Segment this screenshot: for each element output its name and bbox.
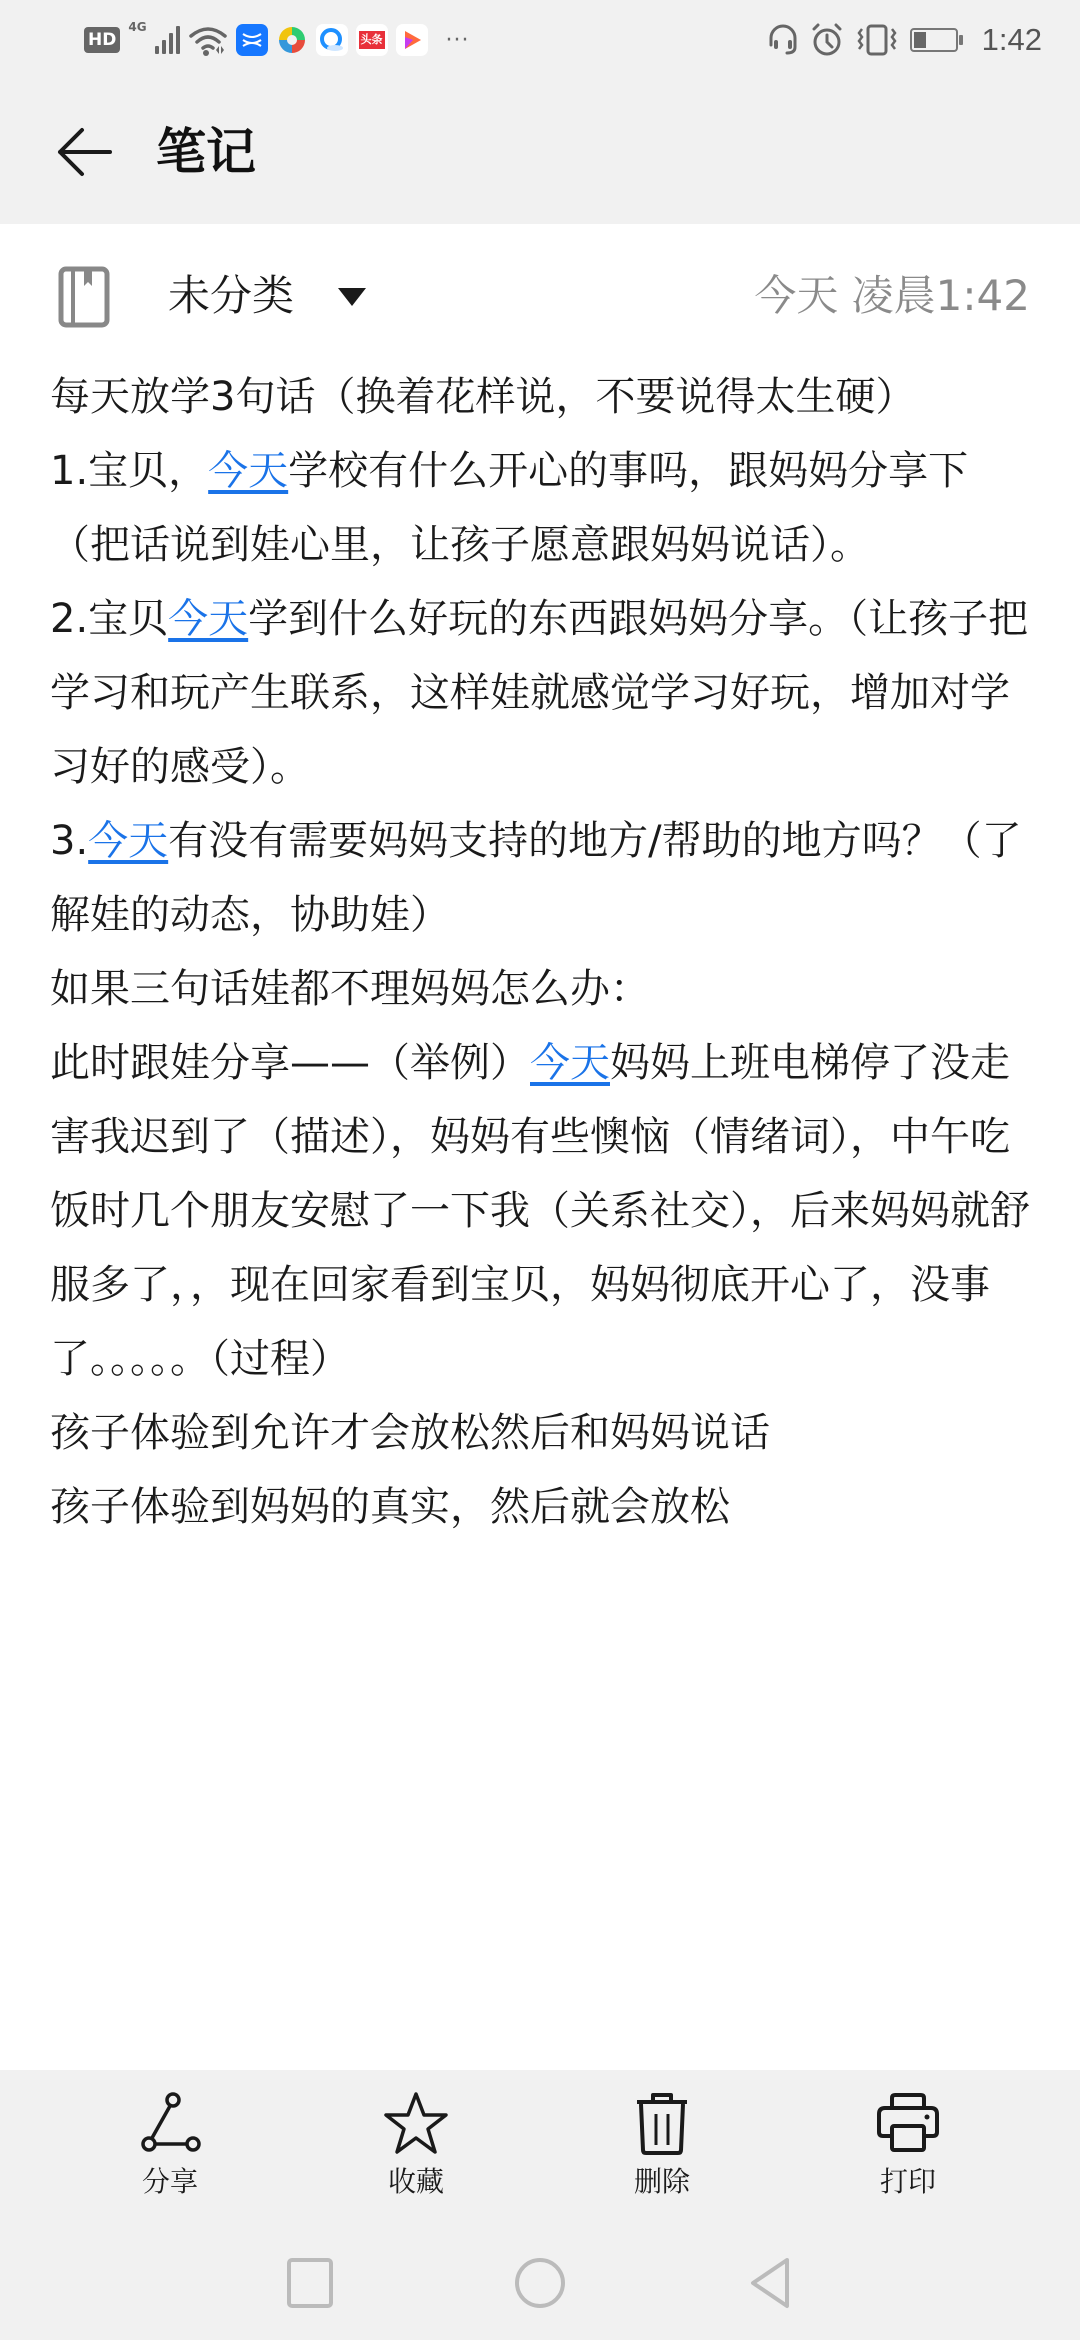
headset-icon: [768, 23, 798, 57]
hd-icon: HD: [84, 27, 120, 53]
note-text: 每天放学3句话（换着花样说，不要说得太生硬）: [50, 374, 915, 420]
note-paragraph: 2.宝贝今天学到什么好玩的东西跟妈妈分享。（让孩子把学习和玩产生联系，这样娃就感…: [50, 582, 1040, 804]
status-bar-left: HD 4G 头条: [84, 22, 470, 58]
note-text: 2.宝贝: [50, 596, 168, 642]
wifi-icon: [188, 24, 228, 56]
note-paragraph: 孩子体验到妈妈的真实，然后就会放松: [50, 1470, 1040, 1544]
note-meta: 未分类 今天 凌晨1:42: [0, 224, 1080, 344]
note-text: 孩子体验到允许才会放松然后和妈妈说话: [50, 1410, 770, 1456]
print-label: 打印: [880, 2164, 936, 2200]
printer-icon: [875, 2090, 941, 2156]
arrow-left-icon[interactable]: [52, 120, 116, 184]
more-notifications-icon: ···: [446, 28, 470, 53]
vibrate-icon: [856, 23, 898, 57]
note-text: 此时跟娃分享——（举例）: [50, 1040, 530, 1086]
date-link[interactable]: 今天: [530, 1040, 610, 1086]
app-notification-blue-icon: [236, 24, 268, 56]
note-paragraph: 孩子体验到允许才会放松然后和妈妈说话: [50, 1396, 1040, 1470]
home-circle-icon: [513, 2256, 567, 2310]
home-button[interactable]: [505, 2248, 575, 2318]
note-text: 如果三句话娃都不理妈妈怎么办：: [50, 966, 650, 1012]
4g-label: 4G: [128, 20, 146, 34]
note-text: 孩子体验到妈妈的真实，然后就会放松: [50, 1484, 730, 1530]
note-timestamp: 今天 凌晨1:42: [754, 268, 1030, 324]
date-link[interactable]: 今天: [88, 818, 168, 864]
note-paragraph: 每天放学3句话（换着花样说，不要说得太生硬）: [50, 360, 1040, 434]
favorite-button[interactable]: 收藏: [346, 2090, 486, 2220]
note-text: 1.宝贝，: [50, 448, 208, 494]
signal-icon: [155, 26, 180, 54]
recents-square-icon: [286, 2257, 334, 2309]
page-title: 笔记: [156, 120, 256, 184]
category-dropdown[interactable]: 未分类: [168, 268, 366, 324]
back-triangle-icon: [747, 2256, 793, 2310]
delete-button[interactable]: 删除: [592, 2090, 732, 2220]
category-label: 未分类: [168, 268, 294, 324]
note-paragraph: 如果三句话娃都不理妈妈怎么办：: [50, 952, 1040, 1026]
note-paragraph: 1.宝贝，今天学校有什么开心的事吗，跟妈妈分享下（把话说到娃心里，让孩子愿意跟妈…: [50, 434, 1040, 582]
app-notification-colorful-icon: [276, 24, 308, 56]
dropdown-caret-icon: [338, 288, 366, 306]
date-link[interactable]: 今天: [168, 596, 248, 642]
app-notification-toutiao-icon: 头条: [356, 24, 388, 56]
note-paragraph: 3.今天有没有需要妈妈支持的地方/帮助的地方吗？（了解娃的动态，协助娃）: [50, 804, 1040, 952]
app-bar: 笔记: [0, 80, 1080, 224]
alarm-icon: [810, 23, 844, 57]
system-nav-bar: [0, 2248, 1080, 2318]
action-toolbar: 分享 收藏 删除 打印: [0, 2070, 1080, 2220]
date-link[interactable]: 今天: [208, 448, 288, 494]
share-icon: [137, 2090, 203, 2156]
favorite-label: 收藏: [388, 2164, 444, 2200]
print-button[interactable]: 打印: [838, 2090, 978, 2220]
notebook-icon[interactable]: [58, 266, 110, 328]
share-button[interactable]: 分享: [100, 2090, 240, 2220]
clock: 1:42: [982, 22, 1042, 58]
recents-button[interactable]: [275, 2248, 345, 2318]
note-body[interactable]: 每天放学3句话（换着花样说，不要说得太生硬）1.宝贝，今天学校有什么开心的事吗，…: [50, 360, 1040, 1544]
trash-icon: [629, 2090, 695, 2156]
note-text: 有没有需要妈妈支持的地方/帮助的地方吗？（了解娃的动态，协助娃）: [50, 818, 1022, 938]
note-paragraph: 此时跟娃分享——（举例）今天妈妈上班电梯停了没走害我迟到了（描述），妈妈有些懊恼…: [50, 1026, 1040, 1396]
star-icon: [383, 2090, 449, 2156]
delete-label: 删除: [634, 2164, 690, 2200]
app-notification-video-icon: [396, 24, 428, 56]
note-text: 3.: [50, 818, 88, 864]
back-nav-button[interactable]: [735, 2248, 805, 2318]
share-label: 分享: [142, 2164, 198, 2200]
status-bar: HD 4G 头条: [0, 0, 1080, 80]
battery-icon: [910, 28, 958, 52]
note-text: 妈妈上班电梯停了没走害我迟到了（描述），妈妈有些懊恼（情绪词），中午吃饭时几个朋…: [50, 1040, 1030, 1382]
bottom-bar: 分享 收藏 删除 打印: [0, 2070, 1080, 2340]
status-bar-right: 1:42: [768, 18, 1042, 62]
app-notification-browser-icon: [316, 24, 348, 56]
